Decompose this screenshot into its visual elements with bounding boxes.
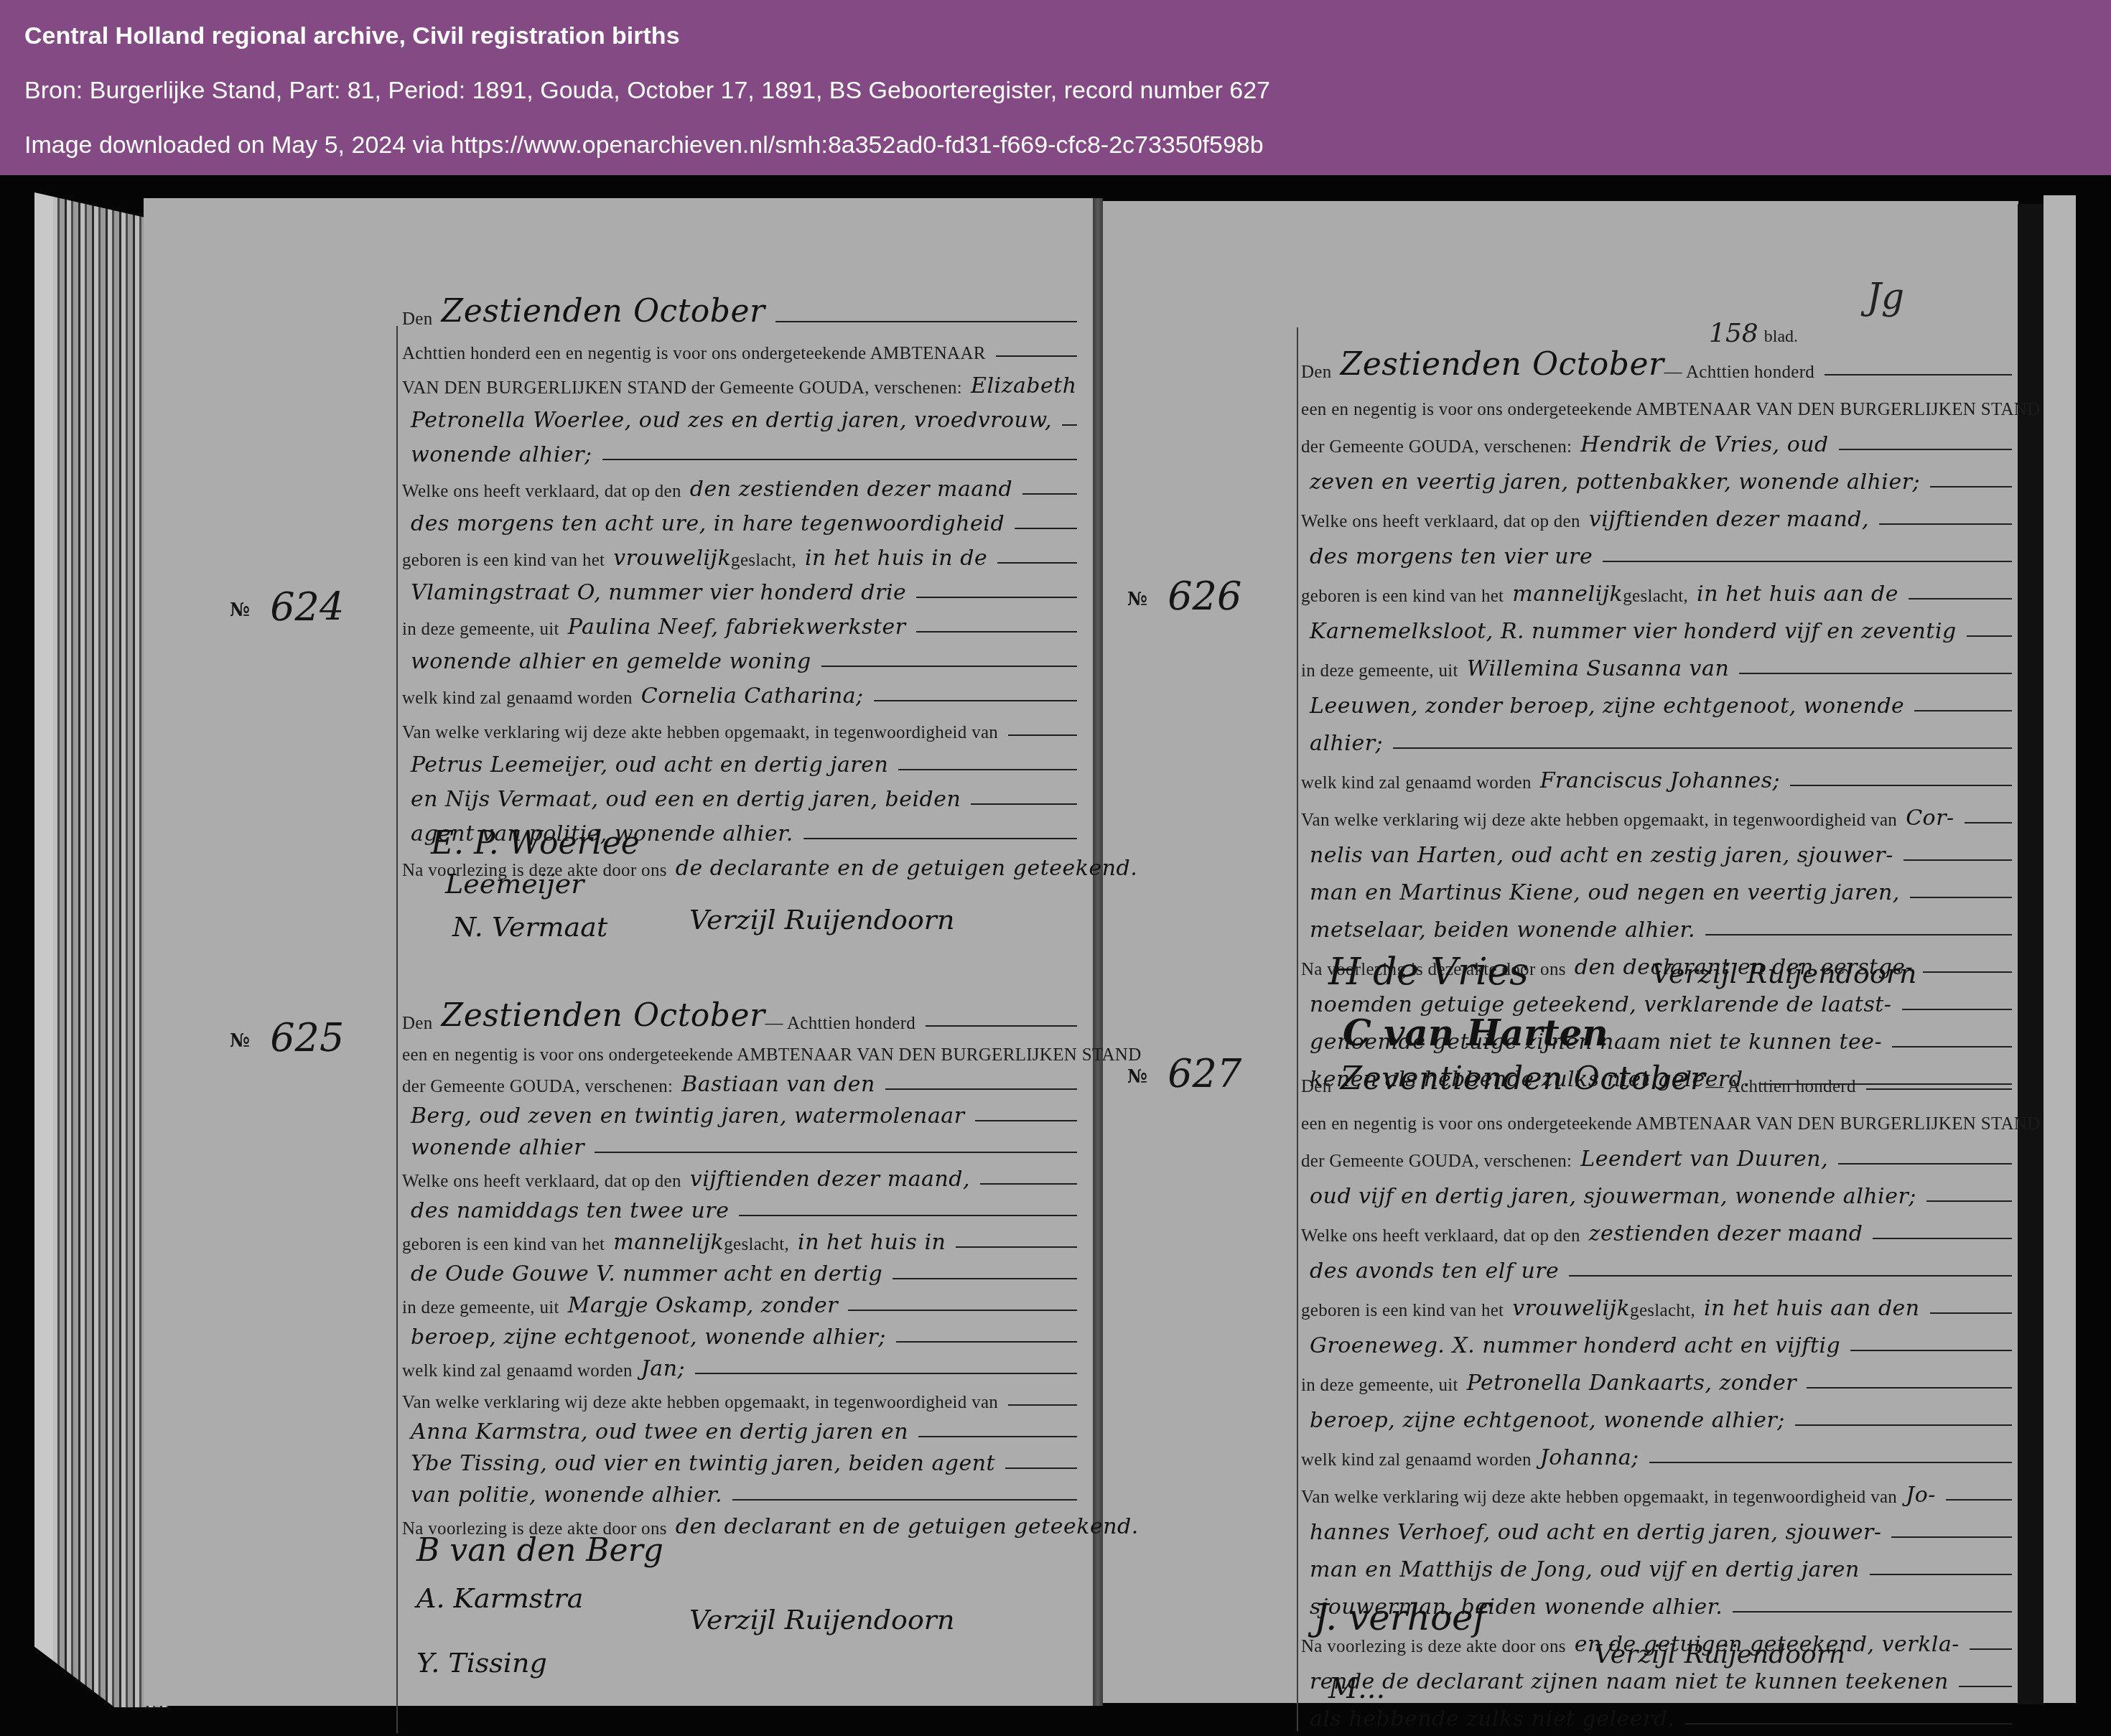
handwritten-text: Elizabeth (971, 373, 1077, 398)
signature-witness-2: M... (1328, 1672, 1385, 1705)
fill-line (997, 562, 1077, 564)
fill-line (996, 355, 1077, 357)
printed-text: Van welke verklaring wij deze akte hebbe… (402, 1393, 998, 1413)
printed-text: geslacht, (724, 1235, 789, 1255)
fill-line (1850, 1350, 2012, 1351)
signature-witness-1: Leemeijer (445, 868, 584, 900)
printed-text: geboren is een kind van het (1301, 587, 1504, 607)
book-edge-shadow (2018, 204, 2044, 1704)
printed-text: in deze gemeente, uit (1301, 1376, 1458, 1396)
fill-line (1685, 1723, 2012, 1725)
printed-text: VAN DEN BURGERLIJKEN STAND der Gemeente … (402, 378, 962, 398)
record-number-625: №625 (230, 1015, 344, 1060)
printed-text: in deze gemeente, uit (402, 1298, 559, 1318)
fill-line (1914, 710, 2012, 711)
printed-text: Welke ons heeft verklaard, dat op den (402, 482, 681, 502)
fill-line (926, 1025, 1077, 1027)
record-line: een en negentig is voor ons ondergeteeke… (1301, 1103, 2012, 1140)
handwritten-text: vijftienden dezer maand, (1589, 507, 1869, 532)
signature-witness-2: N. Vermaat (452, 911, 607, 943)
signature-registrar: Verzijl Ruijendoorn (1594, 1640, 1845, 1669)
fill-line (1022, 493, 1077, 495)
handwritten-text: Franciscus Johannes; (1540, 768, 1780, 793)
fill-line (916, 631, 1077, 633)
fill-line (1649, 1462, 2012, 1463)
record-line: in deze gemeente, uitMargje Oskamp, zond… (402, 1292, 1077, 1324)
fill-line (1005, 1467, 1077, 1469)
printed-text: geboren is een kind van het (402, 551, 605, 571)
record-line: welk kind zal genaamd wordenJan; (402, 1355, 1077, 1387)
left-page-margin-rule (396, 326, 398, 1733)
record-line: Van welke verklaring wij deze akte hebbe… (1301, 1476, 2012, 1513)
handwritten-text: en Nijs Vermaat, oud een en dertig jaren… (411, 787, 961, 812)
record-line: DenZeventienden October— Achttien honder… (1301, 1065, 2012, 1103)
record-line: wonende alhier; (402, 439, 1077, 473)
record-line: van politie, wonende alhier. (402, 1482, 1077, 1513)
signature-witness-1: A. Karmstra (416, 1582, 583, 1614)
fill-line (874, 700, 1077, 701)
fill-line (1879, 523, 2012, 525)
record-line: een en negentig is voor ons ondergeteeke… (402, 1040, 1077, 1071)
handwritten-text: in het huis in (798, 1230, 946, 1255)
archive-banner: Central Holland regional archive, Civil … (0, 0, 2111, 175)
handwritten-text: man en Martinus Kiene, oud negen en veer… (1310, 880, 1900, 905)
handwritten-text: metselaar, beiden wonende alhier. (1310, 918, 1695, 943)
handwritten-text: beroep, zijne echtgenoot, wonende alhier… (1310, 1408, 1785, 1433)
handwritten-text: de Oude Gouwe V. nummer acht en dertig (411, 1261, 882, 1287)
printed-text: Na voorlezing is deze akte door ons (1301, 1637, 1566, 1657)
fill-line (1603, 561, 2012, 562)
handwritten-text: Zestienden October (1341, 346, 1664, 383)
fill-line (1870, 1574, 2012, 1575)
printed-text: — Achttien honderd (1664, 363, 1815, 383)
record-line: oud vijf en dertig jaren, sjouwerman, wo… (1301, 1177, 2012, 1215)
record-line: Ybe Tissing, oud vier en twintig jaren, … (402, 1450, 1077, 1482)
handwritten-text: den zestienden dezer maand (690, 477, 1012, 502)
handwritten-text: Berg, oud zeven en twintig jaren, waterm… (411, 1103, 965, 1129)
printed-text: een en negentig is voor ons ondergeteeke… (1301, 400, 2041, 420)
signature-registrar: Verzijl Ruijendoorn (689, 1604, 955, 1635)
handwritten-text: nelis van Harten, oud acht en zestig jar… (1310, 843, 1893, 868)
handwritten-text: in het huis in de (805, 546, 987, 571)
printed-text: Den (402, 1014, 433, 1034)
printed-text: geboren is een kind van het (402, 1235, 605, 1255)
fill-line (1930, 486, 2012, 487)
handwritten-text: Jan; (641, 1356, 685, 1381)
record-line: Van welke verklaring wij deze akte hebbe… (402, 714, 1077, 749)
fill-line (916, 597, 1077, 598)
printed-text: der Gemeente GOUDA, verschenen: (1301, 437, 1572, 457)
record-line: Karnemelksloot, R. nummer vier honderd v… (1301, 612, 2012, 650)
fill-line (803, 838, 1077, 839)
record-624-lines: DenZestienden OctoberAchttien honderd ee… (402, 301, 1077, 887)
fill-line (1967, 635, 2012, 637)
fill-line (1873, 1238, 2012, 1239)
printed-text: — Achttien honderd (765, 1014, 916, 1034)
record-line: der Gemeente GOUDA, verschenen:Leendert … (1301, 1140, 2012, 1177)
record-line: welk kind zal genaamd wordenFranciscus J… (1301, 762, 2012, 799)
printed-text: welk kind zal genaamd worden (1301, 1450, 1532, 1470)
fill-line (739, 1215, 1077, 1216)
fill-line (896, 1341, 1077, 1343)
record-line: DenZestienden October— Achttien honderd (1301, 351, 2012, 388)
record-625-entry: DenZestienden October— Achttien honderde… (402, 1008, 1077, 1545)
handwritten-text: vrouwelijk (613, 546, 731, 571)
record-line: metselaar, beiden wonende alhier. (1301, 911, 2012, 948)
printed-text: Welke ons heeft verklaard, dat op den (1301, 1226, 1580, 1246)
printed-text: der Gemeente GOUDA, verschenen: (1301, 1152, 1572, 1172)
signature-declarant: E. P. Woerlee (431, 825, 640, 862)
signature-witness-1: J. verhoef (1314, 1597, 1486, 1638)
handwritten-text: Zestienden October (442, 293, 765, 330)
right-page-margin-rule (1297, 327, 1298, 1731)
fill-line (980, 1183, 1077, 1185)
fill-line (1839, 449, 2012, 450)
handwritten-text: wonende alhier; (411, 442, 592, 467)
record-line: wonende alhier (402, 1134, 1077, 1166)
printed-text: welk kind zal genaamd worden (402, 689, 633, 709)
fill-line (1393, 747, 2012, 749)
record-line: Petronella Woerlee, oud zes en dertig ja… (402, 404, 1077, 439)
handwritten-text: van politie, wonende alhier. (411, 1483, 722, 1508)
fill-line (775, 321, 1077, 322)
printed-text: Welke ons heeft verklaard, dat op den (1301, 512, 1580, 532)
record-line: des namiddags ten twee ure (402, 1198, 1077, 1229)
record-line: nelis van Harten, oud acht en zestig jar… (1301, 836, 2012, 874)
fill-line (893, 1278, 1077, 1279)
fill-line (1946, 1499, 2012, 1501)
handwritten-text: hannes Verhoef, oud acht en dertig jaren… (1310, 1520, 1881, 1545)
record-line: beroep, zijne echtgenoot, wonende alhier… (402, 1324, 1077, 1355)
handwritten-text: als hebbende zulks niet geleerd. (1310, 1707, 1675, 1732)
record-line: Vlamingstraat O, nummer vier honderd dri… (402, 577, 1077, 611)
handwritten-text: Margje Oskamp, zonder (568, 1293, 839, 1318)
printed-text: — Achttien honderd (1705, 1077, 1856, 1097)
printed-text: Den (1301, 363, 1332, 383)
printed-text: in deze gemeente, uit (1301, 661, 1458, 681)
fill-line (1062, 424, 1077, 426)
fill-line (1903, 859, 2012, 861)
handwritten-text: mannelijk (1512, 582, 1623, 607)
archive-title: Central Holland regional archive, Civil … (24, 22, 2111, 50)
record-line: en Nijs Vermaat, oud een en dertig jaren… (402, 783, 1077, 818)
handwritten-text: des avonds ten elf ure (1310, 1259, 1559, 1284)
fill-line (1926, 1200, 2012, 1202)
printed-text: een en negentig is voor ons ondergeteeke… (402, 1045, 1142, 1065)
printed-text: Achttien honderd een en negentig is voor… (402, 344, 986, 364)
book-gutter (1093, 198, 1103, 1706)
handwritten-text: zestienden dezer maand (1589, 1221, 1863, 1246)
record-line: Leeuwen, zonder beroep, zijne echtgenoot… (1301, 687, 2012, 724)
source-citation: Bron: Burgerlijke Stand, Part: 81, Perio… (24, 76, 2111, 105)
record-line: Welke ons heeft verklaard, dat op denzes… (1301, 1215, 2012, 1252)
signature-registrar: Verzijl Ruijendoorn (689, 904, 955, 935)
handwritten-text: des namiddags ten twee ure (411, 1198, 729, 1223)
printed-text: Welke ons heeft verklaard, dat op den (402, 1172, 681, 1192)
record-line: in deze gemeente, uitWillemina Susanna v… (1301, 650, 2012, 687)
handwritten-text: Willemina Susanna van (1467, 656, 1730, 681)
record-line: der Gemeente GOUDA, verschenen:Hendrik d… (1301, 426, 2012, 463)
fill-line (1795, 1424, 2012, 1426)
handwritten-text: Ybe Tissing, oud vier en twintig jaren, … (411, 1451, 995, 1476)
handwritten-text: man en Matthijs de Jong, oud vijf en der… (1310, 1557, 1860, 1582)
printed-text: een en negentig is voor ons ondergeteeke… (1301, 1114, 2041, 1134)
fill-line (918, 1436, 1077, 1437)
fill-line (848, 1310, 1077, 1311)
record-line: man en Matthijs de Jong, oud vijf en der… (1301, 1551, 2012, 1588)
record-line: man en Martinus Kiene, oud negen en veer… (1301, 874, 2012, 911)
fill-line (885, 1088, 1077, 1090)
record-line: wonende alhier en gemelde woning (402, 645, 1077, 680)
handwritten-text: Zestienden October (442, 997, 765, 1034)
printed-text: welk kind zal genaamd worden (402, 1361, 633, 1381)
record-line: Van welke verklaring wij deze akte hebbe… (402, 1387, 1077, 1419)
record-line: hannes Verhoef, oud acht en dertig jaren… (1301, 1513, 2012, 1551)
record-line: welk kind zal genaamd wordenJohanna; (1301, 1439, 2012, 1476)
record-line: der Gemeente GOUDA, verschenen:Bastiaan … (402, 1071, 1077, 1103)
record-line: beroep, zijne echtgenoot, wonende alhier… (1301, 1401, 2012, 1439)
record-line: welk kind zal genaamd wordenCornelia Cat… (402, 680, 1077, 714)
record-line: geboren is een kind van hetmannelijkgesl… (402, 1229, 1077, 1261)
record-line: een en negentig is voor ons ondergeteeke… (1301, 388, 2012, 426)
corner-initials: Jg (1867, 276, 1904, 317)
handwritten-text: vrouwelijk (1512, 1296, 1630, 1321)
record-number-624: №624 (230, 584, 344, 630)
handwritten-text: des morgens ten acht ure, in hare tegenw… (411, 511, 1005, 536)
record-line: des morgens ten vier ure (1301, 538, 2012, 575)
handwritten-text: oud vijf en dertig jaren, sjouwerman, wo… (1310, 1184, 1916, 1209)
handwritten-text: rende de declarant zijnen naam niet te k… (1310, 1669, 1949, 1694)
printed-text: Van welke verklaring wij deze akte hebbe… (402, 723, 998, 743)
handwritten-text: den declarant en de getuigen geteekend. (676, 1514, 1139, 1539)
handwritten-text: Leeuwen, zonder beroep, zijne echtgenoot… (1310, 694, 1904, 719)
record-line: DenZestienden October (402, 301, 1077, 335)
fill-line (1705, 934, 2012, 935)
printed-text: in deze gemeente, uit (402, 620, 559, 640)
handwritten-text: beroep, zijne echtgenoot, wonende alhier… (411, 1325, 886, 1350)
record-line: Welke ons heeft verklaard, dat op denden… (402, 473, 1077, 508)
handwritten-text: Bastiaan van den (681, 1072, 875, 1097)
handwritten-text: Petronella Woerlee, oud zes en dertig ja… (411, 408, 1052, 433)
fill-line (1008, 1404, 1077, 1406)
record-number-626: №626 (1127, 574, 1241, 619)
signature-witness-1: C van Harten (1343, 1012, 1608, 1054)
handwritten-text: Cornelia Catharina; (641, 683, 864, 709)
handwritten-text: Groeneweg. X. nummer honderd acht en vij… (1310, 1333, 1840, 1358)
printed-text: geslacht, (1630, 1301, 1695, 1321)
signature-witness-2: Y. Tissing (416, 1647, 547, 1679)
record-number-627: №627 (1127, 1051, 1241, 1096)
handwritten-text: mannelijk (613, 1230, 724, 1255)
handwritten-text: in het huis aan den (1704, 1296, 1920, 1321)
signature-declarant: B van den Berg (416, 1532, 663, 1569)
printed-text: geslacht, (731, 551, 796, 571)
fill-line (1008, 734, 1077, 736)
fill-line (956, 1246, 1077, 1248)
handwritten-text: Petrus Leemeijer, oud acht en dertig jar… (411, 752, 888, 778)
record-line: alhier; (1301, 724, 2012, 762)
handwritten-text: Hendrik de Vries, oud (1580, 432, 1829, 457)
fill-line (1965, 822, 2012, 823)
handwritten-text: wonende alhier (411, 1135, 584, 1160)
fill-line (1733, 1611, 2012, 1613)
handwritten-text: Leendert van Duuren, (1580, 1147, 1828, 1172)
record-line: des morgens ten acht ure, in hare tegenw… (402, 508, 1077, 542)
printed-text: Den (402, 309, 433, 330)
fill-line (595, 1152, 1077, 1153)
fill-line (1910, 897, 2012, 898)
page-number: 158blad. (1709, 319, 1798, 348)
printed-text: geslacht, (1623, 587, 1688, 607)
handwritten-text: Zeventienden October (1341, 1060, 1706, 1097)
printed-text: Van welke verklaring wij deze akte hebbe… (1301, 1488, 1897, 1508)
fill-line (1015, 528, 1077, 529)
record-line: geboren is een kind van hetvrouwelijkges… (402, 542, 1077, 577)
handwritten-text: in het huis aan de (1697, 582, 1898, 607)
handwritten-text: Cor- (1906, 806, 1954, 831)
record-line: Van welke verklaring wij deze akte hebbe… (1301, 799, 2012, 836)
printed-text: Den (1301, 1077, 1332, 1097)
fill-line (1807, 1387, 2012, 1389)
handwritten-text: Petronella Dankaarts, zonder (1467, 1371, 1797, 1396)
handwritten-text: Vlamingstraat O, nummer vier honderd dri… (411, 580, 906, 605)
fill-line (695, 1373, 1077, 1374)
handwritten-text: Jo- (1906, 1483, 1936, 1508)
handwritten-text: alhier; (1310, 731, 1383, 756)
download-info: Image downloaded on May 5, 2024 via http… (24, 131, 2111, 159)
fill-line (1892, 1046, 2012, 1047)
record-line: des avonds ten elf ure (1301, 1252, 2012, 1289)
record-line: geboren is een kind van hetmannelijkgesl… (1301, 575, 2012, 612)
fill-line (1739, 673, 2012, 674)
record-line: Berg, oud zeven en twintig jaren, waterm… (402, 1103, 1077, 1134)
record-line: Welke ons heeft verklaard, dat op denvij… (402, 1166, 1077, 1198)
record-line: Groeneweg. X. nummer honderd acht en vij… (1301, 1327, 2012, 1364)
fill-line (1909, 598, 2012, 599)
handwritten-text: Johanna; (1540, 1445, 1639, 1470)
printed-text: geboren is een kind van het (1301, 1301, 1504, 1321)
signature-declarant: H de Vries (1328, 951, 1529, 994)
record-line: Achttien honderd een en negentig is voor… (402, 335, 1077, 370)
printed-text: der Gemeente GOUDA, verschenen: (402, 1077, 673, 1097)
fill-line (1970, 1648, 2012, 1650)
fill-line (1959, 1686, 2012, 1687)
fill-line (1902, 1009, 2013, 1010)
fill-line (1866, 1088, 2012, 1090)
record-line: in deze gemeente, uitPaulina Neef, fabri… (402, 611, 1077, 645)
fill-line (732, 1499, 1077, 1501)
handwritten-text: Paulina Neef, fabriekwerkster (568, 615, 906, 640)
record-line: DenZestienden October— Achttien honderd (402, 1008, 1077, 1040)
fill-line (602, 459, 1077, 460)
fill-line (1838, 1163, 2012, 1165)
scan-image: 158blad. Jg №624 №625 №626 №627 DenZesti… (0, 175, 2111, 1736)
fill-line (1923, 971, 2012, 973)
record-625-lines: DenZestienden October— Achttien honderde… (402, 1008, 1077, 1545)
handwritten-text: wonende alhier en gemelde woning (411, 649, 811, 674)
handwritten-text: Anna Karmstra, oud twee en dertig jaren … (411, 1419, 908, 1445)
fill-line (821, 666, 1077, 667)
record-line: Petrus Leemeijer, oud acht en dertig jar… (402, 749, 1077, 783)
fill-line (1825, 374, 2012, 375)
printed-text: welk kind zal genaamd worden (1301, 773, 1532, 793)
fill-line (898, 769, 1077, 770)
fill-line (1569, 1275, 2012, 1277)
handwritten-text: de declarante en de getuigen geteekend. (676, 856, 1138, 881)
handwritten-text: Karnemelksloot, R. nummer vier honderd v… (1310, 619, 1957, 644)
handwritten-text: des morgens ten vier ure (1310, 544, 1593, 569)
record-line: als hebbende zulks niet geleerd. (1301, 1700, 2012, 1736)
handwritten-text: vijftienden dezer maand, (690, 1167, 970, 1192)
signature-registrar: Verzijl Ruijendoorn (1651, 958, 1917, 989)
handwritten-text: zeven en veertig jaren, pottenbakker, wo… (1310, 470, 1920, 495)
record-line: zeven en veertig jaren, pottenbakker, wo… (1301, 463, 2012, 500)
record-line: VAN DEN BURGERLIJKEN STAND der Gemeente … (402, 370, 1077, 404)
printed-text: Van welke verklaring wij deze akte hebbe… (1301, 811, 1897, 831)
fill-line (975, 1120, 1078, 1121)
record-line: Welke ons heeft verklaard, dat op denvij… (1301, 500, 2012, 538)
record-624-entry: DenZestienden OctoberAchttien honderd ee… (402, 301, 1077, 887)
record-line: geboren is een kind van hetvrouwelijkges… (1301, 1289, 2012, 1327)
fill-line (1790, 785, 2012, 786)
record-line: de Oude Gouwe V. nummer acht en dertig (402, 1261, 1077, 1292)
record-line: Anna Karmstra, oud twee en dertig jaren … (402, 1419, 1077, 1450)
book-cover-edge (2044, 195, 2076, 1703)
fill-line (1891, 1536, 2012, 1538)
fill-line (971, 803, 1077, 805)
record-line: in deze gemeente, uitPetronella Dankaart… (1301, 1364, 2012, 1401)
fill-line (1930, 1312, 2012, 1314)
